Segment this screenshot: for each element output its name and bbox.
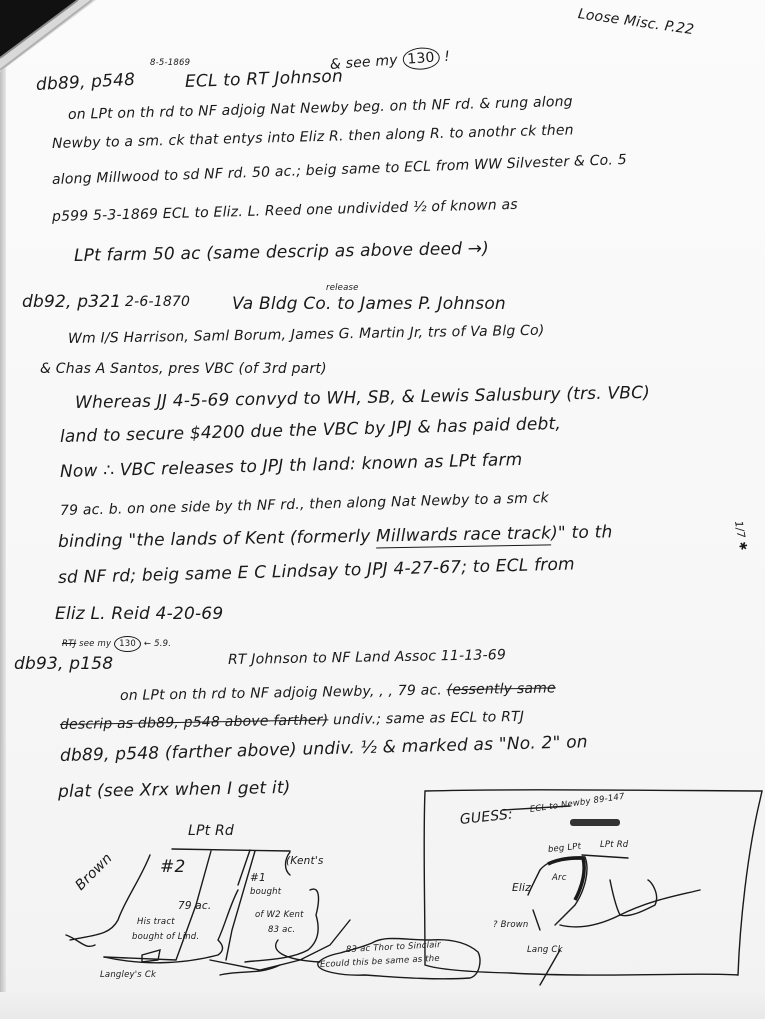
sketch-kents-label: (Kent's [286, 855, 324, 867]
circled-number: 130 [114, 636, 141, 652]
sketch-lot2-note-1: His tract [137, 917, 175, 927]
sketch-lot1-note-1: bought [250, 887, 281, 897]
binding-text-end: )" to th [551, 522, 613, 543]
struck-text: RTJ [62, 639, 76, 649]
entry1-date-note: 8-5-1869 [150, 58, 190, 68]
sketch-lot1-label: #1 [250, 872, 266, 884]
right-road-label: LPt Rd [600, 840, 628, 850]
right-creek-label: Lang Ck [527, 945, 563, 955]
arrow-note: ← 5.9. [144, 639, 171, 649]
see-note-text: & see my [329, 52, 398, 73]
sketch-lot2-note-2: bought of Lind. [132, 932, 199, 942]
see-note-suffix: ! [444, 49, 451, 65]
entry2-line-9: Eliz L. Reid 4-20-69 [55, 604, 223, 624]
right-brown-label: ? Brown [493, 920, 528, 930]
entry2-line-2: & Chas A Santos, pres VBC (of 3rd part) [40, 361, 327, 377]
sketch-lot1-note-2: of W2 Kent [255, 910, 304, 920]
entry3-line-4: plat (see Xrx when I get it) [58, 778, 291, 802]
entry2-date: 2-6-1870 [125, 294, 190, 310]
sketch-lot2-label: #2 [160, 857, 185, 877]
entry3-pre-note: RTJ see my 130 ← 5.9. [62, 636, 171, 652]
page-bottom-edge [0, 992, 765, 1019]
page-edge-shadow [0, 0, 6, 1019]
entry2-ref: db92, p321 [22, 292, 121, 312]
entry2-above-note: release [326, 283, 359, 293]
sketch-creek-label: Langley's Ck [100, 970, 156, 980]
entry3-text: undiv.; same as ECL to RTJ [333, 709, 524, 728]
arc-label: Arc [552, 873, 567, 883]
sketch-lot1-acres: 83 ac. [268, 925, 295, 935]
circled-number: 130 [402, 46, 441, 71]
entry2-title: Va Bldg Co. to James P. Johnson [232, 294, 506, 314]
eliz-label: Eliz [512, 882, 531, 894]
sketch-lot2-acres: 79 ac. [178, 900, 211, 912]
entry3-ref: db93, p158 [14, 654, 113, 674]
pre-note-text: see my [79, 639, 111, 649]
sketch-road-label: LPt Rd [188, 823, 234, 839]
underlined-race-track: Millwards race track [376, 523, 551, 548]
struck-text: (essently same [446, 680, 555, 698]
